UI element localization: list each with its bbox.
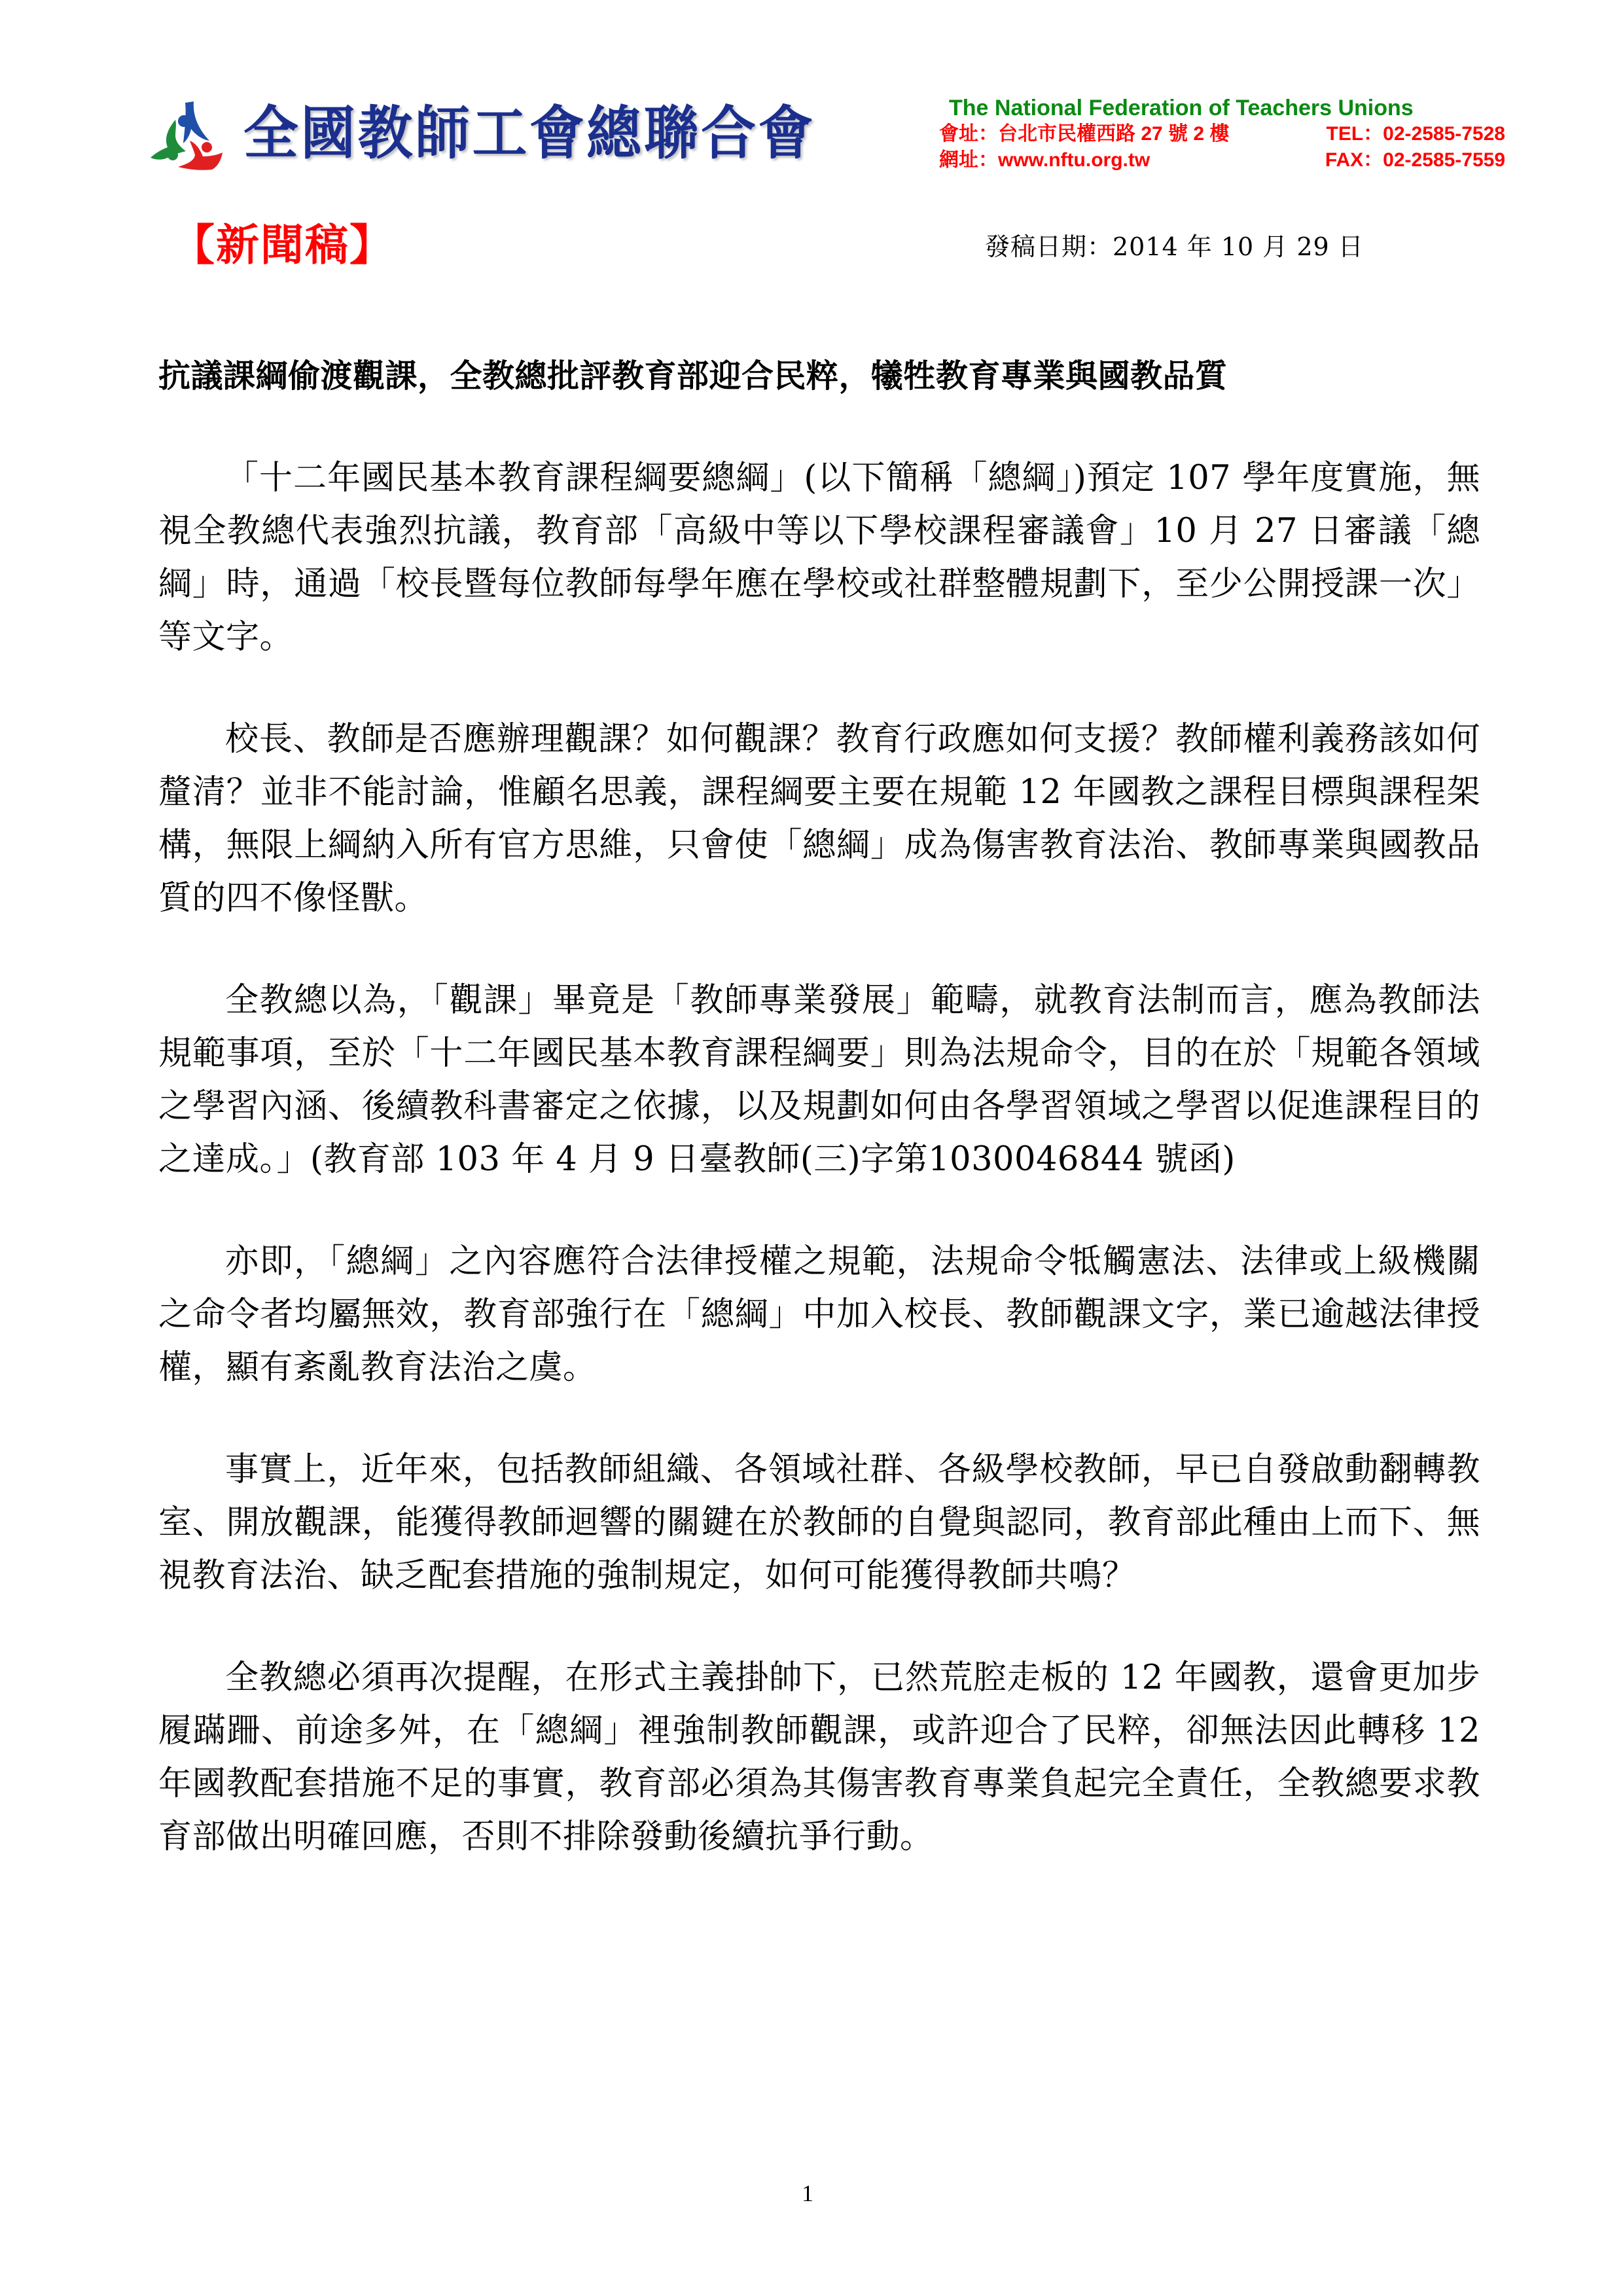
paragraph: 亦即，「總綱」之內容應符合法律授權之規範，法規命令牴觸憲法、法律或上級機關之命令…: [158, 1235, 1480, 1394]
website-link[interactable]: 網址：www.nftu.org.tw: [929, 147, 1325, 173]
org-name-english: The National Federation of Teachers Unio…: [929, 95, 1505, 121]
page-number: 1: [802, 2179, 813, 2207]
paragraph: 事實上，近年來，包括教師組織、各領域社群、各級學校教師，早已自發啟動翻轉教室、開…: [158, 1443, 1480, 1602]
press-release-label: 【新聞稿】: [171, 224, 394, 267]
paragraph: 全教總必須再次提醒，在形式主義掛帥下，已然荒腔走板的 12 年國教，還會更加步履…: [158, 1651, 1480, 1863]
release-date: 發稿日期：2014 年 10 月 29 日: [985, 234, 1364, 259]
telephone: TEL：02-2585-7528: [1327, 121, 1506, 147]
contact-row-address: 會址：台北市民權西路 27 號 2 樓 TEL：02-2585-7528: [929, 121, 1505, 147]
paragraph: 「十二年國民基本教育課程綱要總綱」(以下簡稱「總綱」)預定 107 學年度實施，…: [158, 452, 1480, 664]
paragraph: 校長、教師是否應辦理觀課？如何觀課？教育行政應如何支援？教師權利義務該如何釐清？…: [158, 713, 1480, 925]
address: 會址：台北市民權西路 27 號 2 樓: [929, 121, 1327, 147]
contact-block: The National Federation of Teachers Unio…: [929, 95, 1505, 173]
fax: FAX：02-2585-7559: [1325, 147, 1505, 173]
article-body: 「十二年國民基本教育課程綱要總綱」(以下簡稱「總綱」)預定 107 學年度實施，…: [158, 452, 1480, 1912]
contact-row-web: 網址：www.nftu.org.tw FAX：02-2585-7559: [929, 147, 1505, 173]
headline: 抗議課綱偷渡觀課，全教總批評教育部迎合民粹，犧牲教育專業與國教品質: [158, 357, 1493, 396]
press-release-row: 【新聞稿】 發稿日期：2014 年 10 月 29 日: [0, 216, 1623, 281]
three-figures-logo-icon: [149, 101, 231, 175]
org-name-chinese: 全國教師工會總聯合會: [243, 105, 815, 162]
letterhead: 全國教師工會總聯合會 The National Federation of Te…: [0, 0, 1623, 196]
paragraph: 全教總以為，「觀課」畢竟是「教師專業發展」範疇，就教育法制而言，應為教師法規範事…: [158, 974, 1480, 1186]
